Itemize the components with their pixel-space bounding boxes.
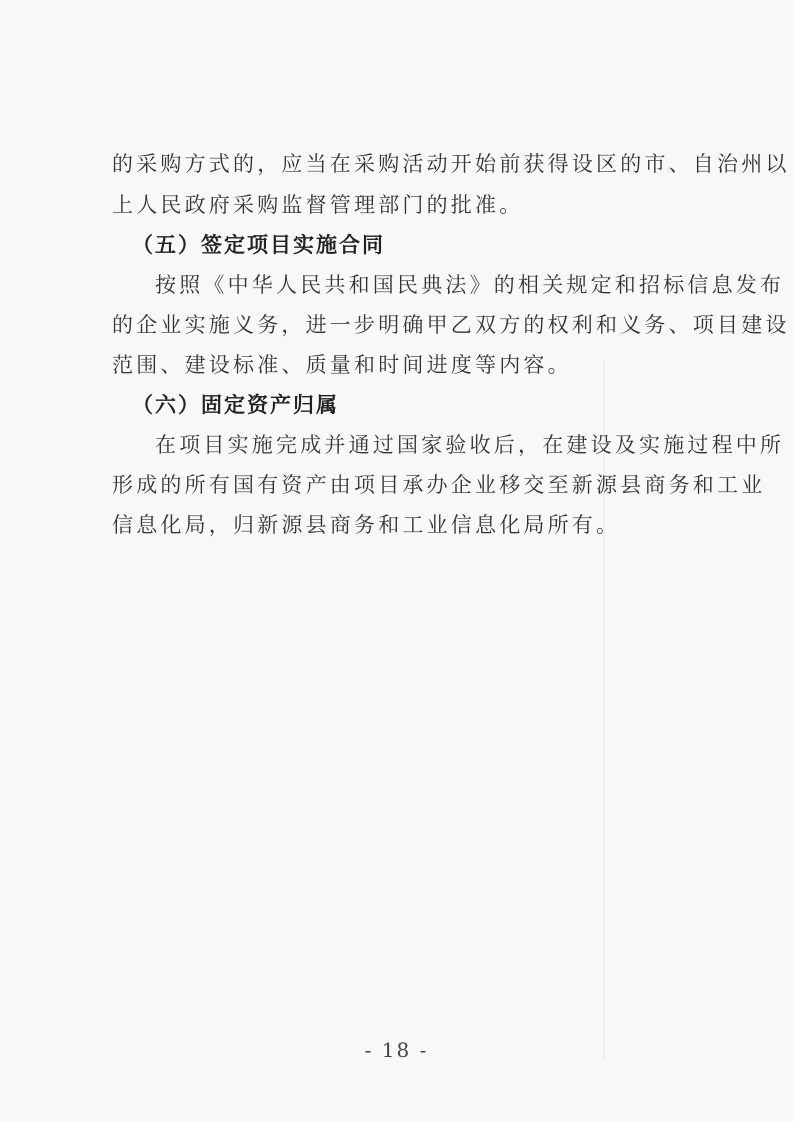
section-heading-5: （五）签定项目实施合同 — [132, 231, 722, 259]
document-page: 的采购方式的，应当在采购活动开始前获得设区的市、自治州以 上人民政府采购监督管理… — [0, 0, 793, 1122]
paragraph-line: 上人民政府采购监督管理部门的批准。 — [112, 191, 702, 219]
paragraph-line: 的企业实施义务，进一步明确甲乙双方的权利和义务、项目建设 — [112, 311, 702, 339]
paragraph-line: 按照《中华人民共和国民典法》的相关规定和招标信息发布 — [155, 271, 745, 299]
page-fold-shadow — [603, 360, 605, 1060]
paragraph-line: 的采购方式的，应当在采购活动开始前获得设区的市、自治州以 — [112, 150, 702, 178]
section-heading-6: （六）固定资产归属 — [132, 391, 722, 419]
paragraph-line: 范围、建设标准、质量和时间进度等内容。 — [112, 351, 702, 379]
paragraph-line: 信息化局，归新源县商务和工业信息化局所有。 — [112, 511, 702, 539]
paragraph-line: 在项目实施完成并通过国家验收后，在建设及实施过程中所 — [155, 431, 745, 459]
paragraph-line: 形成的所有国有资产由项目承办企业移交至新源县商务和工业 — [112, 471, 702, 499]
page-number: - 18 - — [0, 1038, 793, 1062]
